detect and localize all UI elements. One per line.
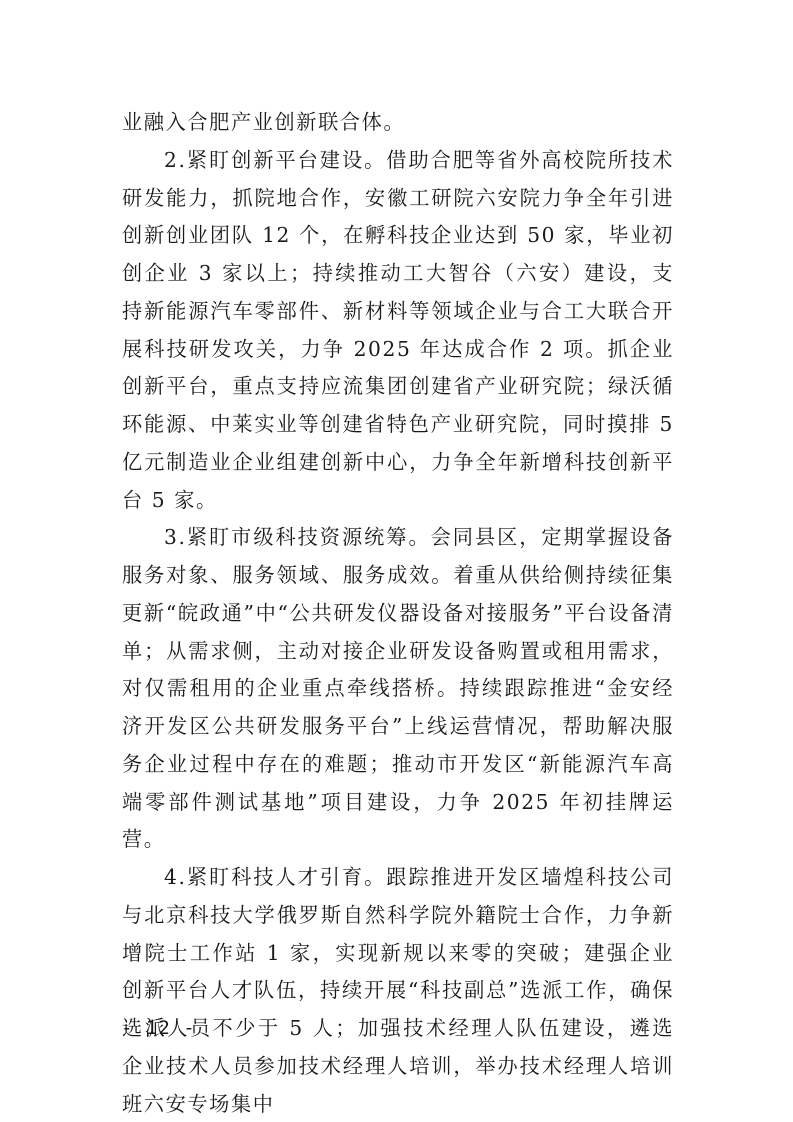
- paragraph-continuation: 业融入合肥产业创新联合体。: [122, 104, 674, 142]
- paragraph-tech-talent: 4.紧盯科技人才引育。跟踪推进开发区墙煌科技公司与北京科技大学俄罗斯自然科学院外…: [122, 859, 674, 1122]
- paragraph-innovation-platform: 2.紧盯创新平台建设。借助合肥等省外高校院所技术研发能力，抓院地合作，安徽工研院…: [122, 142, 674, 520]
- paragraph-tech-resources: 3.紧盯市级科技资源统筹。会同县区，定期掌握设备服务对象、服务领域、服务成效。着…: [122, 519, 674, 859]
- page-number: - 12 -: [121, 1017, 196, 1039]
- document-body: 业融入合肥产业创新联合体。 2.紧盯创新平台建设。借助合肥等省外高校院所技术研发…: [122, 104, 674, 1122]
